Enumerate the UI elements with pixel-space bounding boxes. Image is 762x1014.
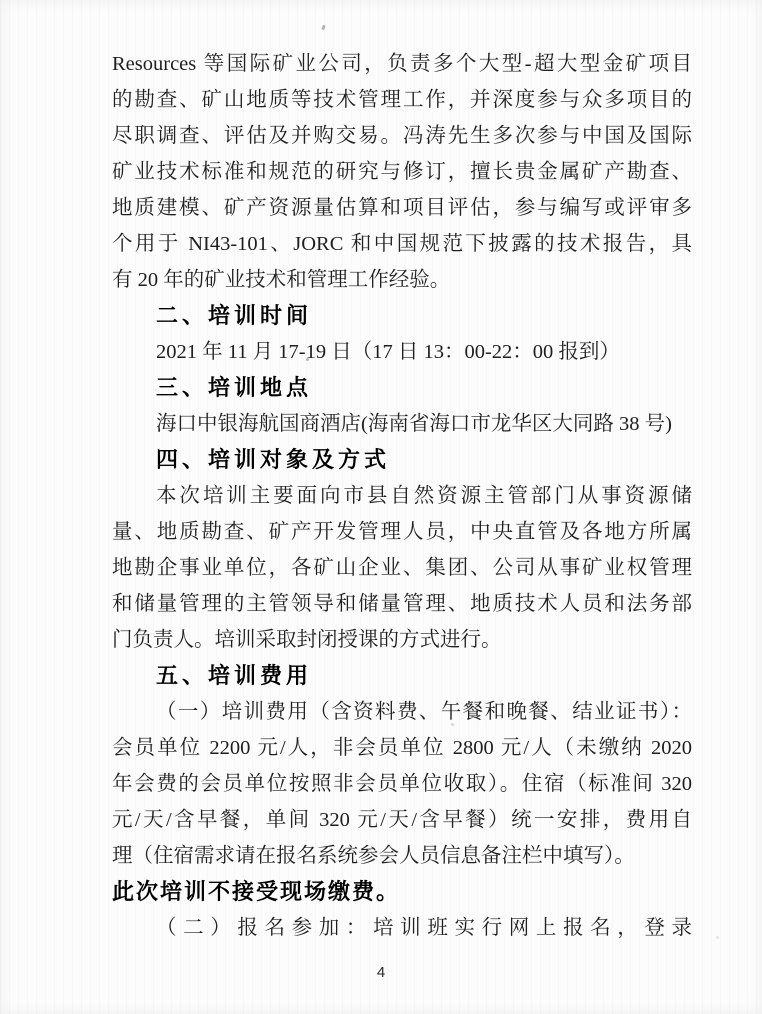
text-line: 2021 年 11 月 17-19 日（17 日 13：00-22：00 报到） — [112, 334, 692, 370]
scan-speck — [451, 723, 454, 726]
scan-speck — [716, 936, 719, 939]
text-line: 量、地质勘查、矿产开发管理人员，中央直管及各地方所属 — [112, 514, 692, 550]
text-line: 有 20 年的矿业技术和管理工作经验。 — [112, 262, 692, 298]
text-line: 理（住宿需求请在报名系统参会人员信息备注栏中填写）。 — [112, 838, 692, 874]
text-line: 矿业技术标准和规范的研究与修订，擅长贵金属矿产勘查、 — [112, 154, 692, 190]
text-line: 年会费的会员单位按照非会员单位收取）。住宿（标准间 320 — [112, 766, 692, 802]
text-line: （二）报名参加：培训班实行网上报名，登录 — [112, 910, 692, 946]
page-number: 4 — [0, 964, 762, 981]
text-line: 此次培训不接受现场缴费。 — [112, 874, 692, 910]
text-line: Resources 等国际矿业公司，负责多个大型-超大型金矿项目 — [112, 46, 692, 82]
text-line: （一）培训费用（含资料费、午餐和晚餐、结业证书）： — [112, 694, 692, 730]
text-line: 个用于 NI43-101、JORC 和中国规范下披露的技术报告，具 — [112, 226, 692, 262]
document-page: Resources 等国际矿业公司，负责多个大型-超大型金矿项目的勘查、矿山地质… — [0, 0, 762, 1014]
section-heading: 三、培训地点 — [112, 370, 692, 406]
section-heading: 四、培训对象及方式 — [112, 442, 692, 478]
text-line: 本次培训主要面向市县自然资源主管部门从事资源储 — [112, 478, 692, 514]
text-line: 门负责人。培训采取封闭授课的方式进行。 — [112, 622, 692, 658]
scan-speck — [321, 25, 326, 31]
scan-speck — [306, 358, 309, 361]
text-line: 会员单位 2200 元/人，非会员单位 2800 元/人（未缴纳 2020 — [112, 730, 692, 766]
text-line: 和储量管理的主管领导和储量管理、地质技术人员和法务部 — [112, 586, 692, 622]
text-line: 海口中银海航国商酒店(海南省海口市龙华区大同路 38 号) — [112, 406, 692, 442]
text-line: 地质建模、矿产资源量估算和项目评估，参与编写或评审多 — [112, 190, 692, 226]
text-line: 尽职调查、评估及并购交易。冯涛先生多次参与中国及国际 — [112, 118, 692, 154]
text-line: 元/天/含早餐，单间 320 元/天/含早餐）统一安排，费用自 — [112, 802, 692, 838]
section-heading: 二、培训时间 — [112, 298, 692, 334]
text-line: 的勘查、矿山地质等技术管理工作，并深度参与众多项目的 — [112, 82, 692, 118]
text-line: 地勘企事业单位，各矿山企业、集团、公司从事矿业权管理 — [112, 550, 692, 586]
section-heading: 五、培训费用 — [112, 658, 692, 694]
document-text: Resources 等国际矿业公司，负责多个大型-超大型金矿项目的勘查、矿山地质… — [112, 46, 692, 946]
